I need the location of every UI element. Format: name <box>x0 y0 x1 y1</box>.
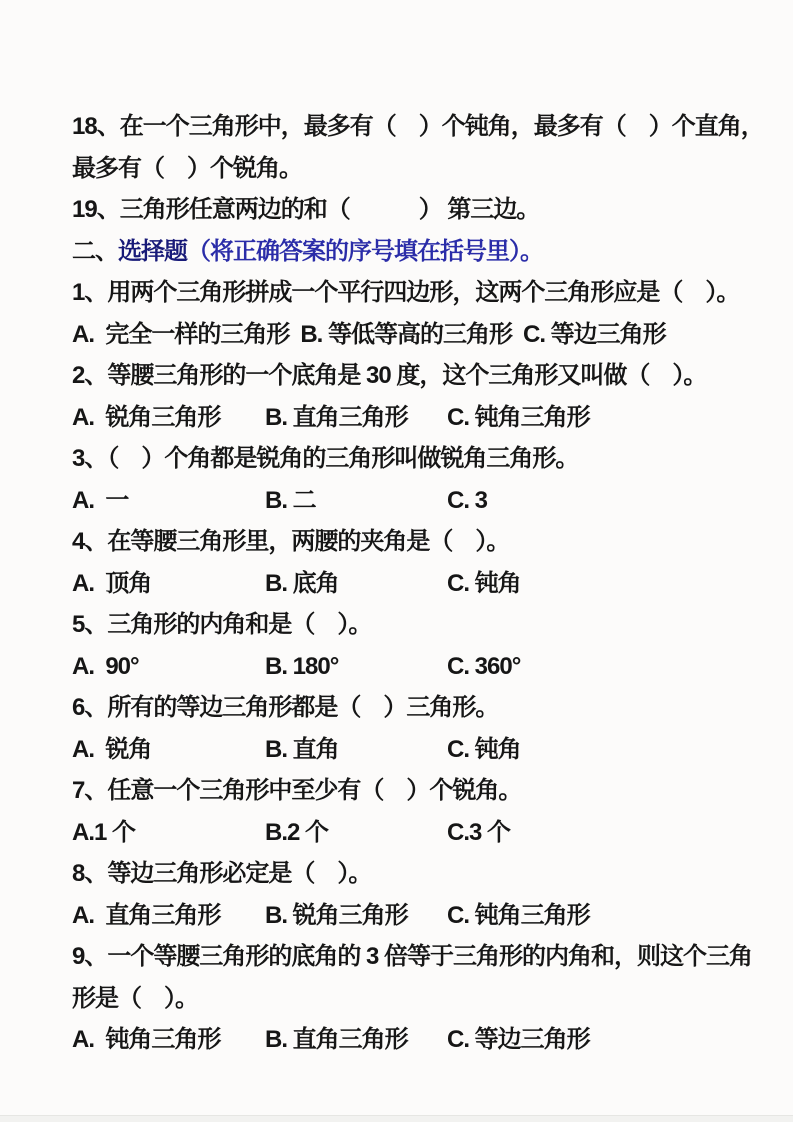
q3-option-c: C. 3 <box>447 480 744 522</box>
worksheet-page: 18、在一个三角形中，最多有（ ）个钝角，最多有（ ）个直角， 最多有（ ）个锐… <box>0 0 793 1122</box>
question-19: 19、三角形任意两边的和（ ） 第三边。 <box>72 189 744 231</box>
q3-options: A. 一 B. 二 C. 3 <box>72 480 744 522</box>
q6-option-a: A. 锐角 <box>72 729 265 771</box>
q1-option-a: A. 完全一样的三角形 <box>72 314 289 356</box>
q5-option-c: C. 360° <box>447 646 744 688</box>
q6-option-c: C. 钝角 <box>447 729 744 771</box>
q7-option-c: C.3 个 <box>447 812 744 854</box>
q4-stem: 4、在等腰三角形里，两腰的夹角是（ ）。 <box>72 521 744 563</box>
q1-stem: 1、用两个三角形拼成一个平行四边形，这两个三角形应是（ ）。 <box>72 272 744 314</box>
section-2-numeral: 二、 <box>72 238 118 265</box>
q6-stem: 6、所有的等边三角形都是（ ）三角形。 <box>72 687 744 729</box>
q8-option-c: C. 钝角三角形 <box>447 895 744 937</box>
q3-stem: 3、（ ）个角都是锐角的三角形叫做锐角三角形。 <box>72 438 744 480</box>
worksheet-content: 18、在一个三角形中，最多有（ ）个钝角，最多有（ ）个直角， 最多有（ ）个锐… <box>72 106 744 1061</box>
q2-option-b: B. 直角三角形 <box>265 397 447 439</box>
q8-option-b: B. 锐角三角形 <box>265 895 447 937</box>
q4-option-c: C. 钝角 <box>447 563 744 605</box>
section-2-title: 选择题 <box>118 238 187 265</box>
q9-option-b: B. 直角三角形 <box>265 1019 447 1061</box>
q8-stem: 8、等边三角形必定是（ ）。 <box>72 853 744 895</box>
q9-option-a: A. 钝角三角形 <box>72 1019 265 1061</box>
q5-option-a: A. 90° <box>72 646 265 688</box>
question-18-line-1: 18、在一个三角形中，最多有（ ）个钝角，最多有（ ）个直角， <box>72 106 744 148</box>
q2-option-c: C. 钝角三角形 <box>447 397 744 439</box>
q1-options: A. 完全一样的三角形 B. 等低等高的三角形 C. 等边三角形 <box>72 314 744 356</box>
q5-stem: 5、三角形的内角和是（ ）。 <box>72 604 744 646</box>
q6-options: A. 锐角 B. 直角 C. 钝角 <box>72 729 744 771</box>
q6-option-b: B. 直角 <box>265 729 447 771</box>
q2-option-a: A. 锐角三角形 <box>72 397 265 439</box>
q4-option-a: A. 顶角 <box>72 563 265 605</box>
q1-option-b: B. 等低等高的三角形 <box>300 314 512 356</box>
q3-option-a: A. 一 <box>72 480 265 522</box>
section-2-note: （将正确答案的序号填在括号里）。 <box>187 238 543 265</box>
q7-stem: 7、任意一个三角形中至少有（ ）个锐角。 <box>72 770 744 812</box>
q2-stem: 2、等腰三角形的一个底角是 30 度，这个三角形又叫做（ ）。 <box>72 355 744 397</box>
section-2-header: 二、选择题（将正确答案的序号填在括号里）。 <box>72 231 744 273</box>
page-bottom-edge <box>0 1115 793 1122</box>
q7-option-b: B.2 个 <box>265 812 447 854</box>
q8-options: A. 直角三角形 B. 锐角三角形 C. 钝角三角形 <box>72 895 744 937</box>
q9-options: A. 钝角三角形 B. 直角三角形 C. 等边三角形 <box>72 1019 744 1061</box>
q9-stem-line-2: 形是（ ）。 <box>72 978 744 1020</box>
q4-options: A. 顶角 B. 底角 C. 钝角 <box>72 563 744 605</box>
q5-options: A. 90° B. 180° C. 360° <box>72 646 744 688</box>
q8-option-a: A. 直角三角形 <box>72 895 265 937</box>
q2-options: A. 锐角三角形 B. 直角三角形 C. 钝角三角形 <box>72 397 744 439</box>
q5-option-b: B. 180° <box>265 646 447 688</box>
q9-stem-line-1: 9、一个等腰三角形的底角的 3 倍等于三角形的内角和，则这个三角 <box>72 936 744 978</box>
q9-option-c: C. 等边三角形 <box>447 1019 744 1061</box>
question-18-line-2: 最多有（ ）个锐角。 <box>72 148 744 190</box>
q1-option-c: C. 等边三角形 <box>523 314 666 356</box>
q7-options: A.1 个 B.2 个 C.3 个 <box>72 812 744 854</box>
q4-option-b: B. 底角 <box>265 563 447 605</box>
q7-option-a: A.1 个 <box>72 812 265 854</box>
q3-option-b: B. 二 <box>265 480 447 522</box>
